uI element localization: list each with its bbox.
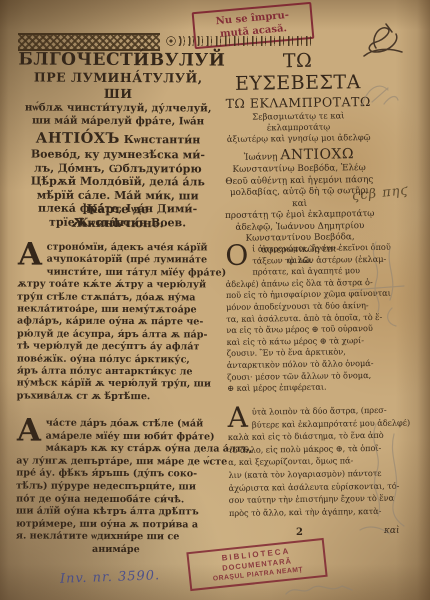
left-subtitle: Ка́рте де Ѫкинѣчю́не. [18, 201, 218, 230]
headpiece-ornament-right [166, 36, 314, 46]
dedicatee-name: АНТІО́ХЪ [36, 130, 120, 147]
dropcap-initial: Ο [225, 245, 248, 268]
left-title-line: мѣ́рїй са́ле. Ма́й ми́к, ши [18, 188, 218, 203]
romanian-column: БЛГОЧЕСТИ́ВУЛУЙ ПРЕ ЛУМИНА́ТУЛУЙ, ШИ нѡ́… [18, 49, 219, 229]
left-paragraph-2: А ча́сте да́ръ до́аѫ стѣ́ле (ма́йама́рел… [16, 417, 217, 557]
right-title-line: Ἰωάννῃ ΑΝΤΙΟΧΩ [224, 143, 374, 165]
right-title-line: ΤΩ ΕΥΣΕΒΕΣΤΑ [222, 49, 373, 95]
book-page-scan: Nu se împru- mută acasă. БЛГОЧЕСТИ́ВУЛУЙ… [0, 0, 430, 600]
left-title-line: Воево́д, ку думнезѣ́ска ми́- [18, 147, 218, 162]
left-title-line: нѡ́блѫ чинсти́тулуй, ду́лчелуй, [18, 101, 218, 115]
right-title-block: ΤΩ ΕΥΣΕΒΕΣΤΑ ΤΩ ΕΚΛΑΜΠΡΟΤΑΤΩ Σεβασμιωτάτ… [222, 49, 375, 269]
dedicatee-name-greek: ΑΝΤΙΟΧΩ [280, 146, 354, 163]
paragraph-lines: строно́мїи, а́декъ аче́я ка́рїйачупока́т… [17, 241, 218, 403]
subtitle-line: Ѫкинѣчю́не. [18, 215, 218, 230]
left-paragraph-1: А строно́мїи, а́декъ аче́я ка́рїйачупока… [17, 241, 218, 403]
headpiece-ornament-left [18, 33, 160, 51]
right-title-line: ΤΩ ΕΚΛΑΜΠΡΟΤΑΤΩ [223, 93, 373, 112]
left-title-line: Цѣ́рѫй Молдо́вїй, дела́ а́ль [18, 174, 218, 189]
pencil-scribble [346, 238, 408, 330]
ink-signature-marginalia [356, 18, 408, 64]
pencil-scribble [358, 78, 400, 112]
pencil-scribble [284, 580, 354, 598]
dropcap-initial: Α [227, 407, 247, 430]
inventory-number-handwriting: Inv. nr. 3590. [60, 568, 161, 586]
subtitle-line: Ка́рте де [18, 201, 218, 216]
left-title-line: лъ, До́мнъ, Ѡблъдуито́рю [18, 161, 218, 176]
ornamental-headpiece [18, 33, 314, 51]
left-title-line: БЛГОЧЕСТИ́ВУЛУЙ [18, 49, 218, 70]
left-title-line: ши ма́й ма́релуй фра́те, Іѡа́н [18, 114, 218, 128]
greek-column: ΤΩ ΕΥΣΕΒΕΣΤΑ ΤΩ ΕΚΛΑΜΠΡΟΤΑΤΩ Σεβασμιωτάτ… [222, 49, 375, 269]
right-title-line: Σεβασμιωτάτῳ τε καὶ ἐκλαμπροτάτῳ [223, 110, 373, 134]
pencil-scribble [352, 420, 412, 538]
left-title-line: АНТІО́ХЪ Кѡнстанти́н [18, 127, 218, 148]
quire-signature-number: 2 [296, 527, 303, 538]
left-title-line: ПРЕ ЛУМИНА́ТУЛУЙ, ШИ [18, 69, 218, 102]
right-title-line-part: Ἰωάννῃ [244, 152, 281, 163]
dropcap-initial: А [16, 418, 41, 443]
dropcap-initial: А [17, 242, 42, 267]
left-title-line-part: Кѡнстанти́н [120, 133, 200, 146]
paragraph-lines: ча́сте да́ръ до́аѫ стѣ́ле (ма́йама́реле … [16, 417, 217, 544]
